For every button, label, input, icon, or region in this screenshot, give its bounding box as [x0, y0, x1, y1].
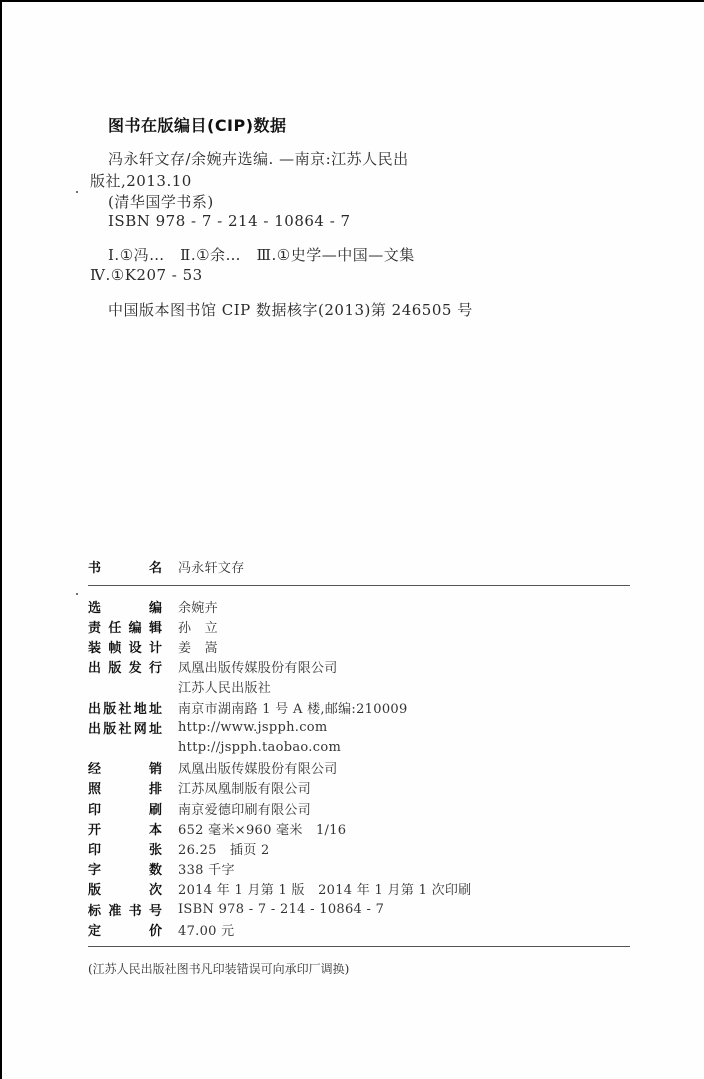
cip-line-classification: Ⅳ.①K207 - 53 [90, 266, 203, 284]
colophon-row: 开本652 毫米×960 毫米 1/16 [88, 818, 346, 838]
colophon-value: 江苏凤凰制版有限公司 [178, 778, 311, 797]
colophon-value: 江苏人民出版社 [178, 677, 271, 696]
colophon-label: 出版社地址 [88, 698, 162, 717]
colophon-value: http://jspph.taobao.com [178, 740, 341, 755]
colophon-row: 经销凤凰出版传媒股份有限公司 [88, 758, 338, 778]
divider-bottom [88, 946, 630, 947]
colophon-value: 652 毫米×960 毫米 1/16 [178, 819, 346, 838]
colophon-row: 定价47.00 元 [88, 919, 234, 939]
colophon-row: 版次2014 年 1 月第 1 版 2014 年 1 月第 1 次印刷 [88, 879, 471, 899]
print-speck [76, 593, 78, 595]
colophon-label: 责任编辑 [88, 617, 162, 636]
colophon-value: 2014 年 1 月第 1 版 2014 年 1 月第 1 次印刷 [178, 879, 471, 898]
colophon-label: 选编 [88, 597, 162, 616]
colophon-value: 南京市湖南路 1 号 A 楼,邮编:210009 [178, 698, 408, 717]
colophon-row: 装帧设计姜 嵩 [88, 636, 218, 656]
colophon-value: 姜 嵩 [178, 637, 218, 656]
colophon-value: 余婉卉 [178, 597, 218, 616]
colophon-row: http://jspph.taobao.com [88, 737, 341, 757]
cip-heading: 图书在版编目(CIP)数据 [108, 113, 287, 136]
colophon-row: 责任编辑孙 立 [88, 616, 218, 636]
colophon-value: 孙 立 [178, 617, 218, 636]
colophon-row: 印张26.25 插页 2 [88, 838, 270, 858]
colophon-value: ISBN 978 - 7 - 214 - 10864 - 7 [178, 902, 384, 917]
colophon-label: 印刷 [88, 799, 162, 818]
colophon-label: 装帧设计 [88, 637, 162, 656]
colophon-label: 版次 [88, 879, 162, 898]
colophon-label: 定价 [88, 920, 162, 939]
colophon-label: 出版社网址 [88, 718, 162, 737]
cip-line-subjects: Ⅰ.①冯… Ⅱ.①余… Ⅲ.①史学—中国—文集 [108, 244, 415, 265]
colophon-label: 开本 [88, 819, 162, 838]
colophon-label: 标准书号 [88, 900, 162, 919]
colophon-label: 书名 [88, 557, 162, 576]
colophon-value: http://www.jspph.com [178, 720, 328, 735]
colophon-label: 照排 [88, 778, 162, 797]
colophon-row: 选编余婉卉 [88, 596, 218, 616]
cip-line-title-author: 冯永轩文存/余婉卉选编. —南京:江苏人民出 [108, 148, 409, 169]
cip-line-verification-number: 中国版本图书馆 CIP 数据核字(2013)第 246505 号 [108, 299, 473, 320]
colophon-value: 南京爱德印刷有限公司 [178, 799, 311, 818]
colophon-value: 冯永轩文存 [178, 557, 245, 576]
colophon-row: 江苏人民出版社 [88, 677, 271, 697]
colophon-label: 出版发行 [88, 657, 162, 676]
colophon-row: 出版社地址南京市湖南路 1 号 A 楼,邮编:210009 [88, 697, 408, 717]
colophon-footnote: (江苏人民出版社图书凡印装错误可向承印厂调换) [88, 960, 349, 977]
colophon-label: 印张 [88, 839, 162, 858]
print-speck [76, 191, 78, 193]
cip-line-series: (清华国学书系) [108, 191, 214, 212]
colophon-value: 338 千字 [178, 859, 235, 878]
colophon-value: 凤凰出版传媒股份有限公司 [178, 758, 338, 777]
colophon-label: 字数 [88, 859, 162, 878]
cip-line-isbn: ISBN 978 - 7 - 214 - 10864 - 7 [108, 212, 351, 230]
colophon-row-book-title: 书名 冯永轩文存 [88, 556, 245, 576]
colophon-label: 经销 [88, 758, 162, 777]
colophon-row: 印刷南京爱德印刷有限公司 [88, 798, 311, 818]
divider-top [88, 585, 630, 586]
colophon-value: 26.25 插页 2 [178, 839, 270, 858]
colophon-row: 照排江苏凤凰制版有限公司 [88, 778, 311, 798]
cip-line-publisher-date: 版社,2013.10 [90, 170, 192, 191]
colophon-value: 凤凰出版传媒股份有限公司 [178, 657, 338, 676]
colophon-row: 出版社网址http://www.jspph.com [88, 717, 328, 737]
colophon-row: 标准书号ISBN 978 - 7 - 214 - 10864 - 7 [88, 899, 384, 919]
colophon-row: 出版发行凤凰出版传媒股份有限公司 [88, 657, 338, 677]
colophon-row: 字数338 千字 [88, 859, 235, 879]
copyright-page: 图书在版编目(CIP)数据 冯永轩文存/余婉卉选编. —南京:江苏人民出 版社,… [0, 0, 704, 1079]
colophon-value: 47.00 元 [178, 920, 234, 939]
